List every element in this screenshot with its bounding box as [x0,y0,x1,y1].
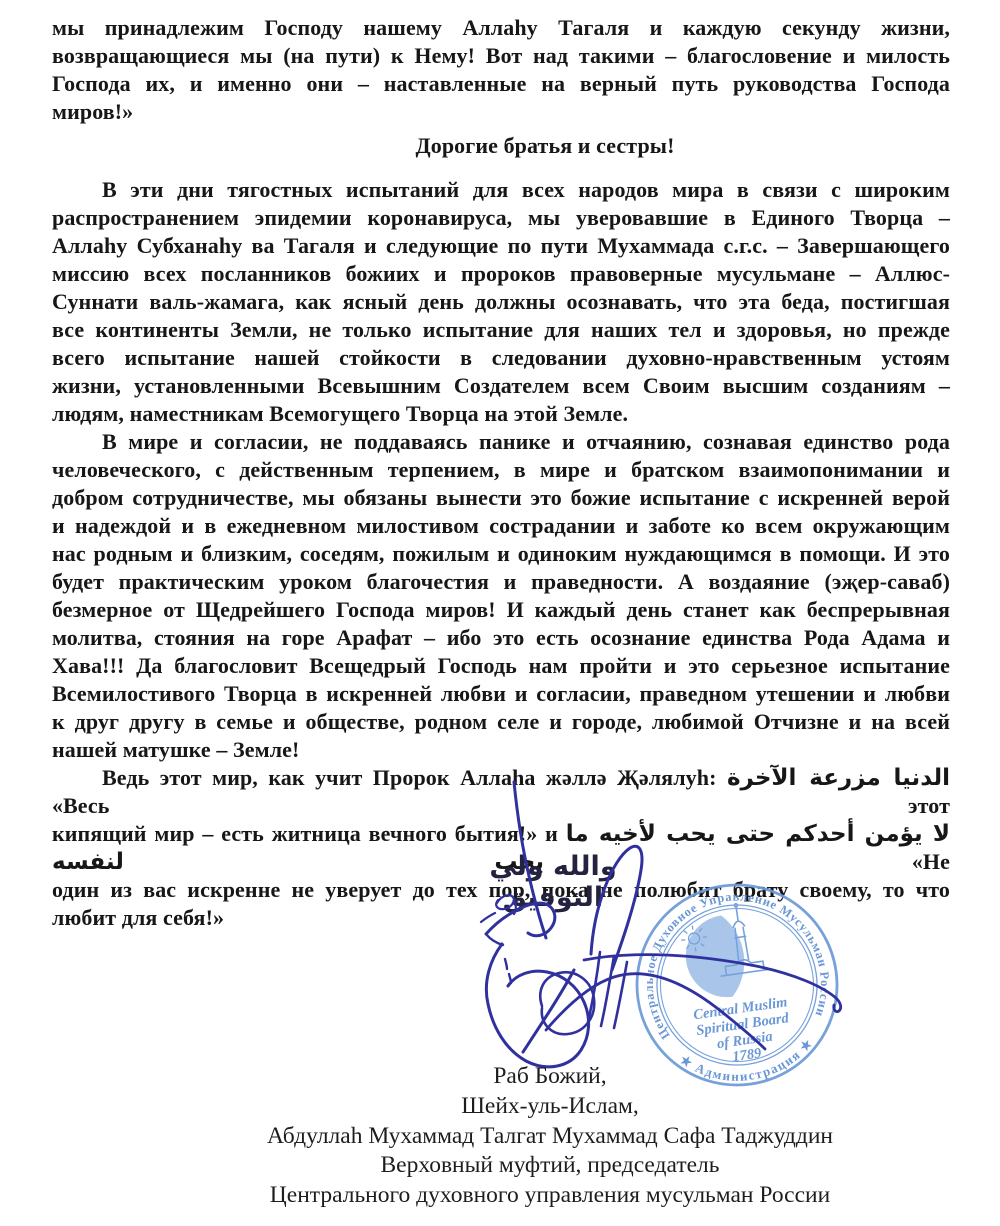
line-text: людям, наместникам Всемогущего Творца на… [52,401,628,426]
signoff-line-position: Верховный муфтий, председатель [100,1151,1000,1181]
signature-stroke [486,944,588,1067]
line-text: и надеждой и в ежедневном милостивом сос… [52,513,950,538]
letter-line: все континенты Земли, не только испытани… [52,316,950,344]
signoff-line-title: Шейх-уль-Ислам, [100,1092,1000,1122]
letter-line: человеческого, с действенным терпением, … [52,456,950,484]
letter-line: и надеждой и в ежедневном милостивом сос… [52,512,950,540]
signature-stroke [546,974,765,1049]
signature-stroke [540,972,594,1034]
letter-line: нас родным и близким, соседям, пожилым и… [52,540,950,568]
letter-line: Хава!!! Да благословит Всещедрый Господь… [52,652,950,680]
line-text: нас родным и близким, соседям, пожилым и… [52,541,950,566]
letter-line: распространением эпидемии коронавируса, … [52,204,950,232]
line-text: к друг другу в семье и обществе, родном … [52,709,950,734]
line-text: Ведь этот мир, как учит Пророк Аллаhа жә… [102,765,727,790]
line-text: безмерное от Щедрейшего Господа миров! И… [52,597,950,622]
letter-line: Аллаhу Субханаhу ва Тагаля и следующие п… [52,232,950,260]
line-text: жизни, установленными Всевышним Создател… [52,373,950,398]
line-text: Аллаhу Субханаhу ва Тагаля и следующие п… [52,233,950,258]
line-text: миров!» [52,99,133,124]
line-text: всего испытание нашей стойкости в следов… [52,345,950,370]
letter-line: миссию всех посланников божиих и пророко… [52,260,950,288]
line-text: будет практическим уроком благочестия и … [52,569,950,594]
letter-line: к друг другу в семье и обществе, родном … [52,708,950,736]
letter-line: безмерное от Щедрейшего Господа миров! И… [52,596,950,624]
scanned-letter-page: мы принадлежим Господу нашему Аллаhу Таг… [0,0,1000,1226]
line-text: В эти дни тягостных испытаний для всех н… [102,177,950,202]
line-text: любит для себя!» [52,905,224,930]
signature-stroke [584,955,841,1012]
line-text: Дорогие братья и сестры! [415,133,674,158]
letter-line: возвращающиеся мы (на пути) к Нему! Вот … [52,42,950,70]
line-text: Суннати валь-жамага, как ясный день долж… [52,289,950,314]
letter-line: Дорогие братья и сестры! [52,132,950,160]
signature-stroke [588,952,627,1028]
signature-stroke [486,934,503,945]
letter-line: Ведь этот мир, как учит Пророк Аллаhа жә… [52,764,950,820]
signoff-block: Раб Божий, Шейх-уль-Ислам, Абдуллаh Муха… [100,1062,1000,1211]
arabic-quote: الدنيا مزرعة الآخرة [727,765,950,791]
letter-body: мы принадлежим Господу нашему Аллаhу Таг… [52,14,950,932]
line-text: мы принадлежим Господу нашему Аллаhу Таг… [52,15,950,40]
line-text: все континенты Земли, не только испытани… [52,317,950,342]
arabic-blessing-text: والله ولي التوفيق [468,851,638,913]
letter-line: В эти дни тягостных испытаний для всех н… [52,176,950,204]
letter-line: молитва, стояния на горе Арафат – ибо эт… [52,624,950,652]
stamp-center-line-3: of Russia [716,1029,774,1053]
letter-line: Господа их, и именно они – наставленные … [52,70,950,98]
line-text: нашей матушке – Земле! [52,737,299,762]
signoff-line-servant: Раб Божий, [100,1062,1000,1092]
signoff-line-name: Абдуллаh Мухаммад Талгат Мухаммад Сафа Т… [100,1122,1000,1152]
letter-line: Суннати валь-жамага, как ясный день долж… [52,288,950,316]
letter-line: нашей матушке – Земле! [52,736,950,764]
line-text: В мире и согласии, не поддаваясь панике … [102,429,950,454]
line-text: распространением эпидемии коронавируса, … [52,205,950,230]
letter-line: жизни, установленными Всевышним Создател… [52,372,950,400]
stamp-center-line-1: Central Muslim [692,994,788,1023]
line-text: Господа их, и именно они – наставленные … [52,71,950,96]
line-text: Всемилостивого Творца в искренней любви … [52,681,950,706]
signature-stroke [505,959,511,983]
line-text: кипящий мир – есть житница вечного бытия… [52,821,566,846]
letter-line: В мире и согласии, не поддаваясь панике … [52,428,950,456]
signoff-line-organization: Центрального духовного управления мусуль… [100,1181,1000,1211]
line-text: миссию всех посланников божиих и пророко… [52,261,950,286]
line-text: возвращающиеся мы (на пути) к Нему! Вот … [52,43,950,68]
line-text: Хава!!! Да благословит Всещедрый Господь… [52,653,950,678]
letter-line: миров!» [52,98,950,126]
line-text: «Весь этот [52,793,950,818]
letter-line: людям, наместникам Всемогущего Творца на… [52,400,950,428]
letter-line: добром сотрудничестве, мы обязаны вынест… [52,484,950,512]
letter-line: Всемилостивого Творца в искренней любви … [52,680,950,708]
signature-stroke [523,970,574,1052]
letter-line: мы принадлежим Господу нашему Аллаhу Таг… [52,14,950,42]
line-text: добром сотрудничестве, мы обязаны вынест… [52,485,950,510]
line-text: человеческого, с действенным терпением, … [52,457,950,482]
letter-line: всего испытание нашей стойкости в следов… [52,344,950,372]
line-text: молитва, стояния на горе Арафат – ибо эт… [52,625,950,650]
letter-line: будет практическим уроком благочестия и … [52,568,950,596]
stamp-center-line-2: Spiritual Board [695,1010,790,1039]
